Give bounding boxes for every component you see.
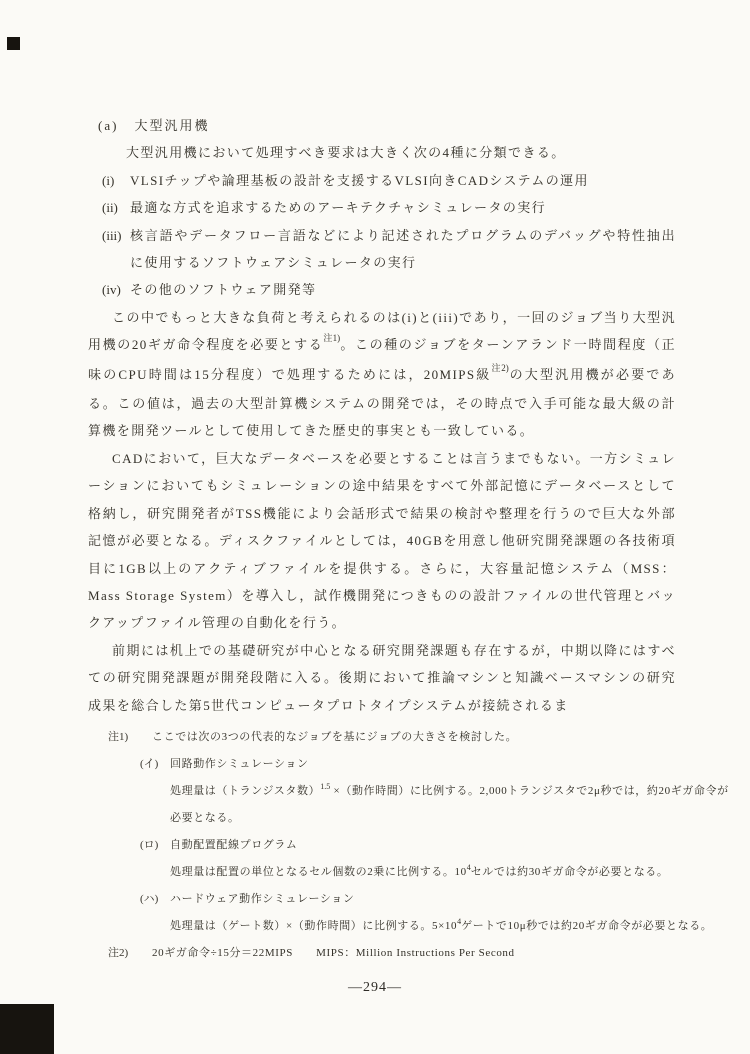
list-marker: (ii) — [102, 194, 118, 221]
list-item: (iii) 核言語やデータフロー言語などにより記述されたプログラムのデバッグや特… — [88, 222, 676, 277]
sub-body-text: 処理量は配置の単位となるセル個数の2乗に比例する。10 — [170, 866, 467, 878]
footnote-1-sub-c-title: (ハ) ハードウェア動作シミュレーション — [108, 886, 732, 913]
requirement-list: (i) VLSIチップや論理基板の設計を支援するVLSI向きCADシステムの運用… — [88, 167, 676, 304]
exponent: 4 — [467, 863, 471, 872]
section-label: (a) — [98, 118, 118, 133]
footnote-2-label: 注2) — [108, 940, 128, 967]
paragraph-job-load: この中でもっと大きな負荷と考えられるのは(i)と(iii)であり，一回のジョブ当… — [88, 304, 676, 445]
list-item: (i) VLSIチップや論理基板の設計を支援するVLSI向きCADシステムの運用 — [88, 167, 676, 194]
sub-body-text: 処理量は（ゲート数）×（動作時間）に比例する。5×10 — [170, 920, 457, 932]
exponent: 1.5 — [320, 782, 330, 791]
footnotes: 注1) ここでは次の3つの代表的なジョブを基にジョブの大きさを検討した。 (イ)… — [108, 724, 732, 967]
sub-body-text: ゲートで10μ秒では約20ギガ命令が必要となる。 — [461, 920, 712, 932]
footnote-ref-1: 注1) — [323, 333, 340, 343]
scan-artifact-bottom-left — [0, 1004, 54, 1054]
list-marker: (iv) — [102, 276, 121, 303]
list-marker: (iii) — [102, 222, 122, 249]
list-item-text: その他のソフトウェア開発等 — [130, 282, 316, 297]
footnote-1: 注1) ここでは次の3つの代表的なジョブを基にジョブの大きさを検討した。 — [108, 724, 732, 751]
footnote-1-sub-a-title: (イ) 回路動作シミュレーション — [108, 751, 732, 778]
intro-sentence: 大型汎用機において処理すべき要求は大きく次の4種に分類できる。 — [88, 139, 676, 166]
paragraph-phases: 前期には机上での基礎研究が中心となる研究開発課題も存在するが，中期以降にはすべて… — [88, 637, 676, 719]
scanned-document-page: (a)大型汎用機 大型汎用機において処理すべき要求は大きく次の4種に分類できる。… — [0, 0, 750, 1054]
exponent: 4 — [457, 917, 461, 926]
footnote-1-text: ここでは次の3つの代表的なジョブを基にジョブの大きさを検討した。 — [152, 731, 517, 743]
sub-item-title: 回路動作シミュレーション — [170, 758, 309, 770]
footnote-2-text: 20ギガ命令÷15分＝22MIPS MIPS：Million Instructi… — [152, 947, 515, 959]
section-title: 大型汎用機 — [134, 118, 209, 133]
scan-artifact-top-left — [7, 37, 20, 50]
list-item: (ii) 最適な方式を追求するためのアーキテクチャシミュレータの実行 — [88, 194, 676, 221]
footnote-1-sub-b-body: 処理量は配置の単位となるセル個数の2乗に比例する。104セルでは約30ギガ命令が… — [108, 859, 732, 886]
footnote-1-label: 注1) — [108, 724, 128, 751]
list-item-text: 核言語やデータフロー言語などにより記述されたプログラムのデバッグや特性抽出に使用… — [130, 228, 676, 270]
document-body: (a)大型汎用機 大型汎用機において処理すべき要求は大きく次の4種に分類できる。… — [88, 112, 676, 719]
sub-body-text: セルでは約30ギガ命令が必要となる。 — [471, 866, 669, 878]
sub-item-marker: (イ) — [140, 751, 158, 778]
page-number: —294— — [0, 980, 750, 996]
footnote-2: 注2) 20ギガ命令÷15分＝22MIPS MIPS：Million Instr… — [108, 940, 732, 967]
list-item-text: 最適な方式を追求するためのアーキテクチャシミュレータの実行 — [130, 200, 546, 215]
footnote-ref-2: 注2) — [491, 363, 508, 373]
list-item: (iv) その他のソフトウェア開発等 — [88, 276, 676, 303]
sub-body-text: 処理量は（トランジスタ数） — [170, 785, 320, 797]
list-item-text: VLSIチップや論理基板の設計を支援するVLSI向きCADシステムの運用 — [130, 173, 589, 188]
paragraph-cad-storage: CADにおいて，巨大なデータベースを必要とすることは言うまでもない。一方シミュレ… — [88, 445, 676, 637]
sub-item-title: ハードウェア動作シミュレーション — [170, 893, 355, 905]
section-heading: (a)大型汎用機 — [88, 112, 676, 139]
sub-item-marker: (ハ) — [140, 886, 158, 913]
sub-item-marker: (ロ) — [140, 832, 158, 859]
footnote-1-sub-c-body: 処理量は（ゲート数）×（動作時間）に比例する。5×104ゲートで10μ秒では約2… — [108, 913, 732, 940]
list-marker: (i) — [102, 167, 114, 194]
footnote-1-sub-b-title: (ロ) 自動配置配線プログラム — [108, 832, 732, 859]
footnote-1-sub-a-body: 処理量は（トランジスタ数）1.5 ×（動作時間）に比例する。2,000トランジス… — [108, 778, 732, 832]
sub-item-title: 自動配置配線プログラム — [170, 839, 298, 851]
